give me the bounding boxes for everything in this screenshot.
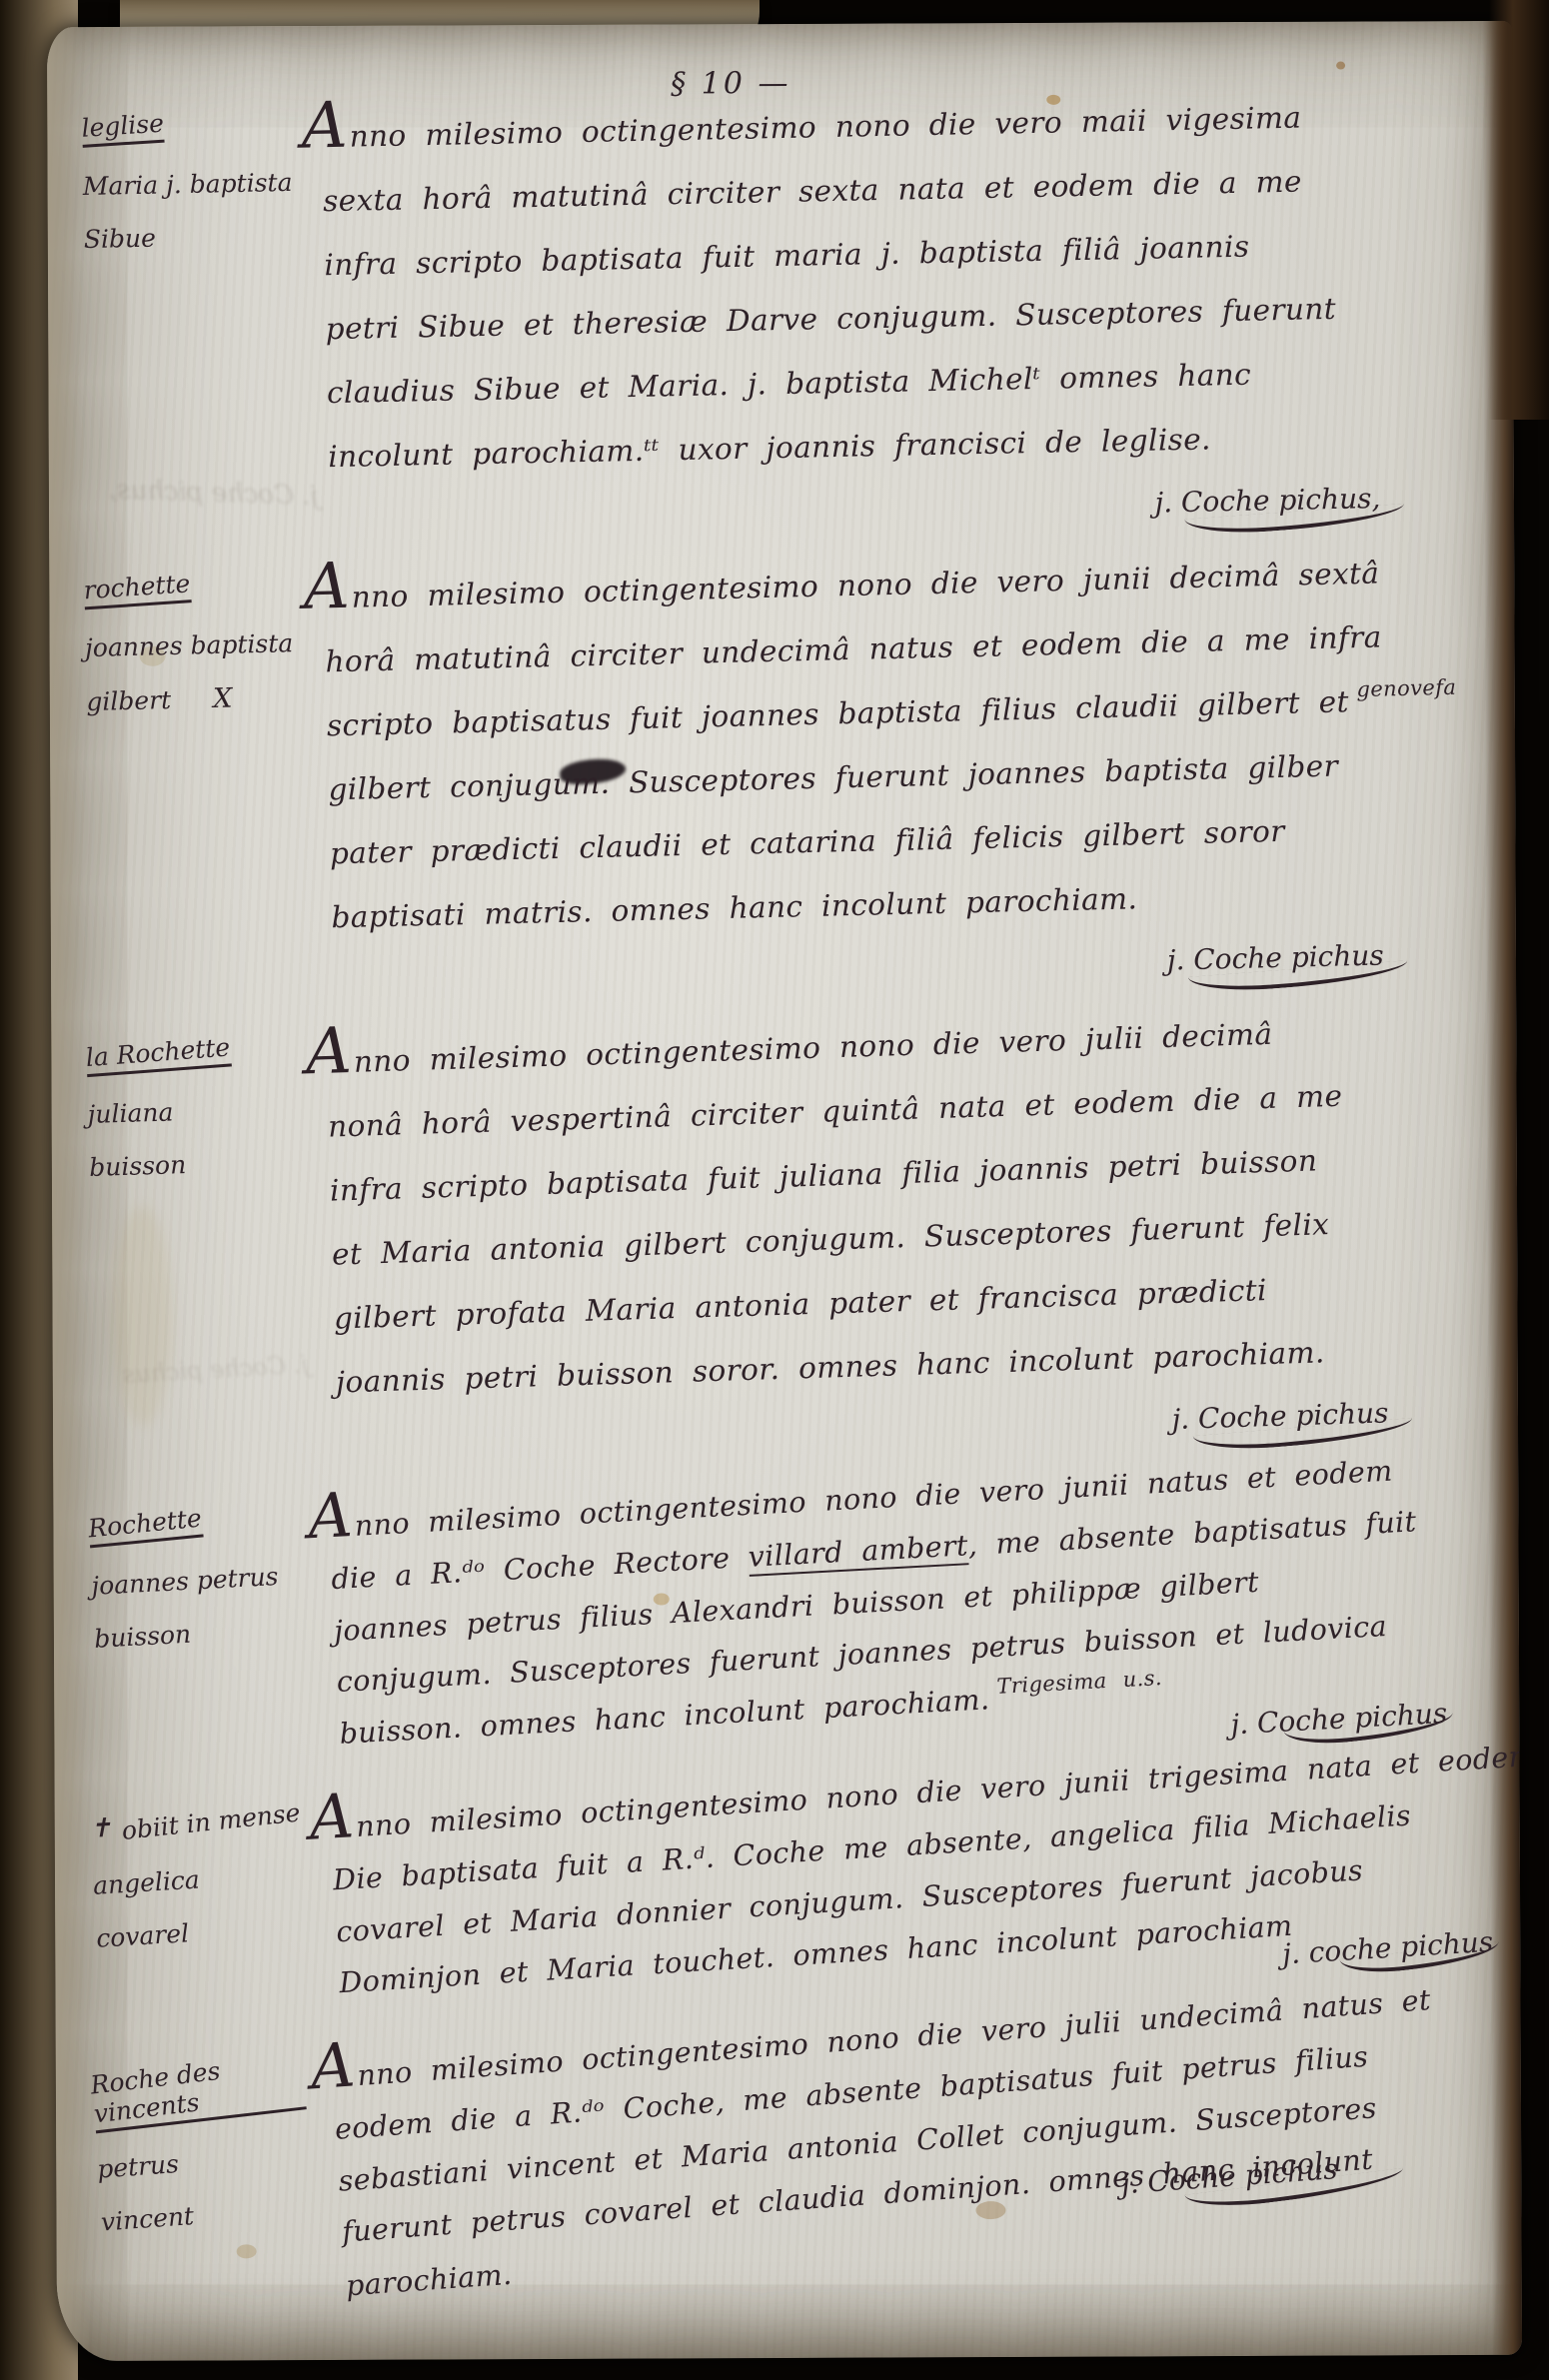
record-body: Anno milesimo octingentesimo nono die ve… (301, 82, 1477, 543)
baptism-record-juliana-buisson: la Rochette juliana buisson Anno milesim… (85, 996, 1485, 1476)
record-line: joannis petri buisson soror. omnes hanc … (335, 1331, 1483, 1400)
line-text: horâ matutinâ circiter undecimâ natus et… (325, 619, 1382, 678)
signature-text: j. Coche pichus (1171, 1396, 1389, 1436)
line-text: scripto baptisatus fuit joannes baptista… (327, 684, 1350, 742)
line-text: claudius Sibue et Maria. j. baptista Mic… (327, 357, 1252, 410)
line-text: infra scripto baptisata fuit juliana fil… (330, 1143, 1318, 1207)
record-body: Anno milesimo octingentesimo nono die ve… (309, 1966, 1493, 2324)
record-body: Anno milesimo octingentesimo nono die ve… (303, 539, 1480, 1003)
margin-name: juliana (87, 1094, 300, 1129)
record-line: baptisati matris. omnes hanc incolunt pa… (331, 873, 1478, 934)
line-text: infra scripto baptisata fuit maria j. ba… (324, 229, 1250, 282)
line-text: Anno milesimo octingentesimo nono die ve… (302, 101, 1302, 155)
margin-place-label: Roche des vincents (89, 2047, 307, 2134)
record-line: gilbert profata Maria antonia pater et f… (334, 1267, 1482, 1336)
margin-place-label: la Rochette (85, 1033, 232, 1078)
margin-name: buisson (89, 1147, 302, 1182)
record-line: Anno milesimo octingentesimo nono die ve… (301, 82, 1469, 155)
margin-note: rochette joannes baptista gilbertX (83, 567, 305, 1008)
record-body: Anno milesimo octingentesimo nono die ve… (305, 996, 1485, 1469)
baptism-record-joannes-baptista-gilbert: rochette joannes baptista gilbertX Anno … (83, 539, 1480, 1008)
record-line: sexta horâ matutinâ circiter sexta nata … (323, 162, 1470, 219)
record-line: horâ matutinâ circiter undecimâ natus et… (325, 618, 1472, 679)
photo-background: j. Coche pichus, j. Coche pichus § 10 — … (0, 0, 1549, 2380)
record-line: petri Sibue et theresiæ Darve conjugum. … (325, 290, 1472, 347)
line-text: gilbert conjugum. Susceptores fuerunt jo… (328, 748, 1338, 806)
record-line: Anno milesimo octingentesimo nono die ve… (303, 539, 1471, 615)
interlinear-insertion: genovefa (1356, 674, 1456, 700)
page-content: § 10 — leglise Maria j. baptista Sibue A… (47, 21, 1522, 2341)
priest-signature: j. Coche pichus, (309, 480, 1477, 543)
line-text: nonâ horâ vespertinâ circiter quintâ nat… (328, 1079, 1343, 1144)
photo-corner-shadow (1489, 0, 1549, 420)
baptism-record-petrus-vincent: Roche des vincents petrus vincent Anno m… (90, 1966, 1493, 2339)
margin-name: covarel (95, 1912, 308, 1954)
line-text: die a R.ᵈᵒ Coche Rectore (331, 1540, 750, 1595)
margin-name-text: gilbert (86, 685, 171, 716)
line-text: incolunt parochiam.ᵗᵗ uxor joannis franc… (328, 422, 1211, 474)
margin-note: leglise Maria j. baptista Sibue (81, 106, 302, 548)
record-line: Anno milesimo octingentesimo nono die ve… (305, 996, 1473, 1082)
signature-text: j. Coche pichus (1166, 938, 1384, 976)
margin-place-label: leglise (81, 109, 165, 148)
signature-text: j. Coche pichus, (1154, 482, 1380, 520)
record-line: infra scripto baptisata fuit maria j. ba… (324, 226, 1471, 283)
line-text: Anno milesimo octingentesimo nono die ve… (306, 1017, 1273, 1081)
margin-note: ✝obiit in mense angelica covarel (89, 1800, 314, 2034)
manuscript-page: j. Coche pichus, j. Coche pichus § 10 — … (47, 21, 1522, 2361)
margin-name: joannes baptista (85, 628, 298, 662)
margin-name: vincent (100, 2193, 314, 2237)
line-text: petri Sibue et theresiæ Darve conjugum. … (325, 292, 1336, 346)
line-text: , me absente baptisatus fuit (967, 1505, 1417, 1562)
margin-place-label: Rochette (87, 1503, 203, 1548)
line-text: joannis petri buisson soror. omnes hanc … (335, 1335, 1325, 1399)
margin-name: Maria j. baptista (83, 168, 296, 201)
record-line: nonâ horâ vespertinâ circiter quintâ nat… (328, 1076, 1476, 1145)
record-line: incolunt parochiam.ᵗᵗ uxor joannis franc… (328, 418, 1475, 475)
margin-name: gilbertX (86, 681, 299, 717)
margin-note: Rochette joannes petrus buisson (87, 1498, 313, 1783)
margin-name: buisson (94, 1613, 307, 1653)
line-text: sexta horâ matutinâ circiter sexta nata … (323, 164, 1302, 218)
interlinear-insertion: Trigesima u.s. (996, 1666, 1163, 1699)
line-text: pater prædicti claudii et catarina filiâ… (330, 813, 1285, 870)
record-line: et Maria antonia gilbert conjugum. Susce… (332, 1203, 1480, 1272)
x-mark: X (213, 682, 233, 713)
record-line: infra scripto baptisata fuit juliana fil… (330, 1140, 1478, 1209)
line-text: Anno milesimo octingentesimo nono die ve… (304, 556, 1380, 614)
priest-signature: j. Coche pichus (313, 935, 1481, 1003)
line-text: gilbert profata Maria antonia pater et f… (333, 1273, 1267, 1336)
record-body: Anno milesimo octingentesimo nono die ve… (307, 1436, 1487, 1772)
line-text: parochiam. (345, 2258, 513, 2303)
cross-icon: ✝ (89, 1813, 113, 1844)
record-line: scripto baptisatus fuit joannes baptista… (327, 682, 1474, 743)
line-text: baptisati matris. omnes hanc incolunt pa… (331, 880, 1137, 933)
baptism-record-joannes-petrus-buisson: Rochette joannes petrus buisson Anno mil… (87, 1436, 1487, 1783)
margin-name: Sibue (84, 221, 297, 254)
margin-note: Roche des vincents petrus vincent (90, 2050, 321, 2340)
line-text: et Maria antonia gilbert conjugum. Susce… (332, 1207, 1330, 1271)
record-line: claudius Sibue et Maria. j. baptista Mic… (327, 354, 1474, 411)
margin-place-label: rochette (83, 569, 192, 609)
baptism-record-maria-sibue: leglise Maria j. baptista Sibue Anno mil… (81, 82, 1477, 547)
margin-place-label: obiit in mense (120, 1798, 302, 1847)
margin-note: la Rochette juliana buisson (85, 1032, 310, 1476)
record-line: gilbert conjugum. Susceptores fuerunt jo… (328, 746, 1475, 807)
record-line: pater prædicti claudii et catarina filiâ… (330, 809, 1477, 870)
underlined-phrase: villard ambert (748, 1529, 969, 1577)
